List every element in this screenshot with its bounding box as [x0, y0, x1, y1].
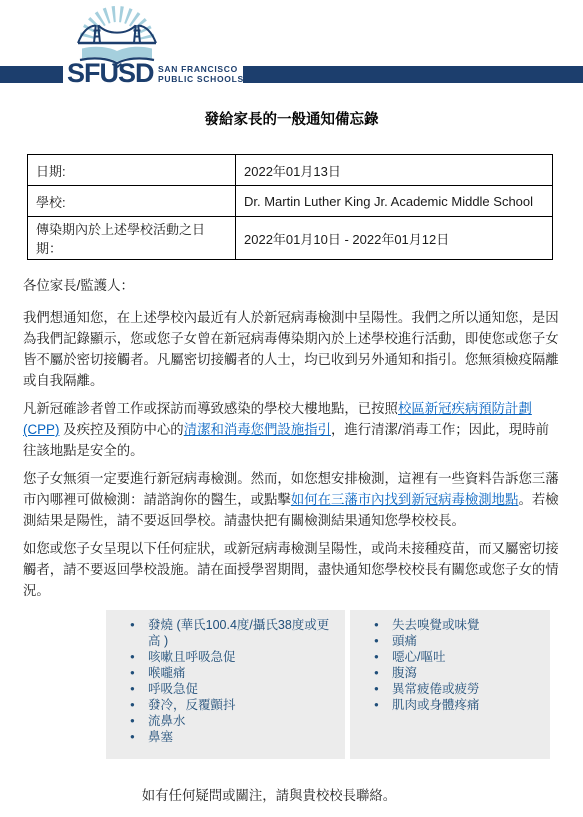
list-item: ● 異常疲倦或疲勞: [370, 681, 544, 697]
org-name-line2: PUBLIC SCHOOLS: [158, 75, 244, 85]
paragraph-cleaning: 凡新冠確診者曾工作或探訪而導致感染的學校大樓地點，已按照校區新冠疾病預防計劃 (…: [23, 398, 560, 461]
list-item: ● 發冷，反覆顫抖: [126, 697, 339, 713]
list-item: ● 鼻塞: [126, 729, 339, 745]
bullet-icon: ●: [126, 681, 148, 697]
school-label: 學校:: [28, 186, 236, 217]
bullet-icon: ●: [370, 617, 392, 633]
bullet-icon: ●: [126, 665, 148, 681]
exposure-dates-value: 2022年01月10日 - 2022年01月12日: [236, 217, 553, 260]
symptom-label: 噁心/嘔吐: [392, 649, 544, 665]
bullet-icon: ●: [126, 617, 148, 649]
paragraph-cleaning-text1: 凡新冠確診者曾工作或探訪而導致感染的學校大樓地點，已按照: [23, 401, 398, 416]
list-item: ● 失去嗅覺或味覺: [370, 617, 544, 633]
table-row-date: 日期: 2022年01月13日: [28, 155, 553, 186]
sfusd-wordmark: SFUSD: [67, 60, 154, 86]
cleaning-guidelines-link[interactable]: 清潔和消毒您們設施指引: [184, 422, 331, 437]
exposure-dates-label: 傳染期內於上述學校活動之日期：: [28, 217, 236, 260]
header-bar-left: [0, 66, 63, 83]
paragraph-symptoms-intro: 如您或您子女呈現以下任何症狀，或新冠病毒檢測呈陽性，或尚未接種疫苗，而又屬密切接…: [23, 538, 560, 601]
date-label: 日期:: [28, 155, 236, 186]
info-table: 日期: 2022年01月13日 學校: Dr. Martin Luther Ki…: [27, 154, 553, 260]
footer-note: 如有任何疑問或關注，請與貴校校長聯絡。: [23, 785, 560, 806]
symptom-label: 咳嗽且呼吸急促: [148, 649, 339, 665]
symptoms-column-left: ● 發燒 (華氏100.4度/攝氏38度或更高 ) ● 咳嗽且呼吸急促 ● 喉嚨…: [106, 610, 345, 759]
bullet-icon: ●: [370, 681, 392, 697]
symptom-label: 失去嗅覺或味覺: [392, 617, 544, 633]
list-item: ● 流鼻水: [126, 713, 339, 729]
list-item: ● 喉嚨痛: [126, 665, 339, 681]
list-item: ● 咳嗽且呼吸急促: [126, 649, 339, 665]
symptom-label: 鼻塞: [148, 729, 339, 745]
bullet-icon: ●: [126, 713, 148, 729]
header-bar-right: [243, 66, 583, 83]
symptom-label: 發燒 (華氏100.4度/攝氏38度或更高 ): [148, 617, 339, 649]
symptom-label: 流鼻水: [148, 713, 339, 729]
salutation: 各位家長/監護人：: [23, 275, 560, 296]
header: SFUSD SAN FRANCISCO PUBLIC SCHOOLS: [0, 0, 583, 100]
list-item: ● 發燒 (華氏100.4度/攝氏38度或更高 ): [126, 617, 339, 649]
symptoms-table: ● 發燒 (華氏100.4度/攝氏38度或更高 ) ● 咳嗽且呼吸急促 ● 喉嚨…: [106, 610, 550, 759]
list-item: ● 噁心/嘔吐: [370, 649, 544, 665]
school-value: Dr. Martin Luther King Jr. Academic Midd…: [236, 186, 553, 217]
list-item: ● 肌肉或身體疼痛: [370, 697, 544, 713]
bullet-icon: ●: [126, 697, 148, 713]
date-value: 2022年01月13日: [236, 155, 553, 186]
notice-document: SFUSD SAN FRANCISCO PUBLIC SCHOOLS 發給家長的…: [0, 0, 583, 817]
symptom-label: 頭痛: [392, 633, 544, 649]
symptom-label: 喉嚨痛: [148, 665, 339, 681]
table-row-school: 學校: Dr. Martin Luther King Jr. Academic …: [28, 186, 553, 217]
document-body: 日期: 2022年01月13日 學校: Dr. Martin Luther Ki…: [0, 154, 583, 806]
bullet-icon: ●: [370, 665, 392, 681]
paragraph-testing: 您子女無須一定要進行新冠病毒檢測。然而，如您想安排檢測，這裡有一些資料告訴您三藩…: [23, 468, 560, 531]
list-item: ● 呼吸急促: [126, 681, 339, 697]
page-title: 發給家長的一般通知備忘錄: [0, 111, 583, 130]
paragraph-cleaning-text2: 及疾控及預防中心的: [59, 422, 183, 437]
symptoms-column-right: ● 失去嗅覺或味覺 ● 頭痛 ● 噁心/嘔吐 ● 腹瀉 ● 異常疲倦或疲勞 ● …: [350, 610, 550, 759]
bullet-icon: ●: [126, 729, 148, 745]
testing-locations-link[interactable]: 如何在三藩市內找到新冠病毒檢測地點: [291, 492, 519, 507]
table-row-exposure-dates: 傳染期內於上述學校活動之日期： 2022年01月10日 - 2022年01月12…: [28, 217, 553, 260]
paragraph-notification: 我們想通知您，在上述學校內最近有人於新冠病毒檢測中呈陽性。我們之所以通知您，是因…: [23, 307, 560, 391]
symptom-label: 發冷，反覆顫抖: [148, 697, 339, 713]
symptom-label: 肌肉或身體疼痛: [392, 697, 544, 713]
bullet-icon: ●: [126, 649, 148, 665]
symptom-label: 異常疲倦或疲勞: [392, 681, 544, 697]
symptom-label: 腹瀉: [392, 665, 544, 681]
bullet-icon: ●: [370, 633, 392, 649]
symptom-label: 呼吸急促: [148, 681, 339, 697]
list-item: ● 腹瀉: [370, 665, 544, 681]
list-item: ● 頭痛: [370, 633, 544, 649]
bullet-icon: ●: [370, 649, 392, 665]
bullet-icon: ●: [370, 697, 392, 713]
sfusd-org-name: SAN FRANCISCO PUBLIC SCHOOLS: [158, 65, 244, 84]
